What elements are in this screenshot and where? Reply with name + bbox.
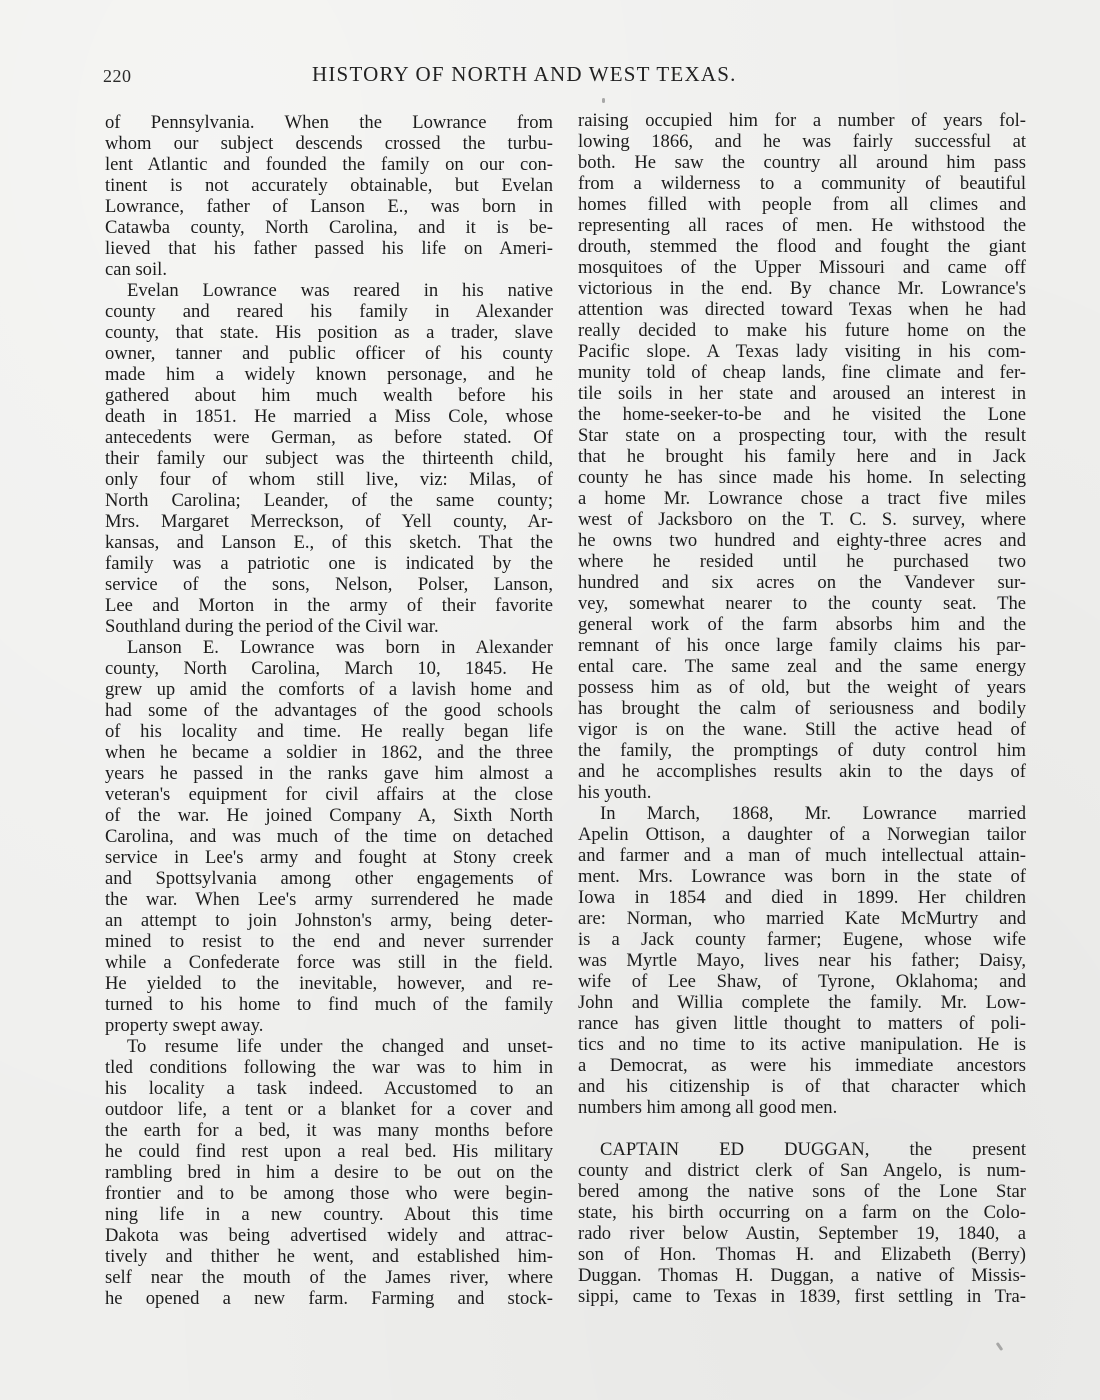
text-line: mined to resist to the end and never sur… [105,931,553,952]
text-line: a home Mr. Lowrance chose a tract five m… [578,488,1026,509]
text-line: gathered about him much wealth before hi… [105,385,553,406]
text-line: lent Atlantic and founded the family on … [105,154,553,175]
text-line: remnant of his once large family claims … [578,635,1026,656]
text-line: west of Jacksboro on the T. C. S. survey… [578,509,1026,530]
text-line: are: Norman, who married Kate McMurtry a… [578,908,1026,929]
text-line: property swept away. [105,1015,553,1036]
page-number: 220 [103,66,132,87]
text-line: county he has since made his home. In se… [578,467,1026,488]
text-line: kansas, and Lanson E., of this sketch. T… [105,532,553,553]
right-column: raising occupied him for a number of yea… [578,110,1026,1307]
text-line: made him a widely known personage, and h… [105,364,553,385]
text-line: only four of whom still live, viz: Milas… [105,469,553,490]
ink-speck [602,98,605,103]
text-line: general work of the farm absorbs him and… [578,614,1026,635]
text-line: Dakota was being advertised widely and a… [105,1225,553,1246]
text-line: he owns two hundred and eighty-three acr… [578,530,1026,551]
text-line: years he passed in the ranks gave him al… [105,763,553,784]
text-line: a Democrat, as were his immediate ancest… [578,1055,1026,1076]
text-line: Duggan. Thomas H. Duggan, a native of Mi… [578,1265,1026,1286]
running-title: HISTORY OF NORTH AND WEST TEXAS. [312,62,737,87]
text-line: their family our subject was the thirtee… [105,448,553,469]
text-line: when he became a soldier in 1862, and th… [105,742,553,763]
paper-mark [996,1342,1004,1351]
text-line: outdoor life, a tent or a blanket for a … [105,1099,553,1120]
text-line: where he resided until he purchased two [578,551,1026,572]
text-line: from a wilderness to a community of beau… [578,173,1026,194]
text-line: county and district clerk of San Angelo,… [578,1160,1026,1181]
text-line: family was a patriotic one is indicated … [105,553,553,574]
text-line: Star state on a prospecting tour, with t… [578,425,1026,446]
text-line: wife of Lee Shaw, of Tyrone, Oklahoma; a… [578,971,1026,992]
text-line: he could find rest upon a real bed. His … [105,1141,553,1162]
text-line: his locality a task indeed. Accustomed t… [105,1078,553,1099]
paragraph-start: Lanson E. Lowrance was born in Alexander [105,637,553,658]
text-line: and his citizenship is of that character… [578,1076,1026,1097]
text-line: Lee and Morton in the army of their favo… [105,595,553,616]
text-line: victorious in the end. By chance Mr. Low… [578,278,1026,299]
text-line: owner, tanner and public officer of his … [105,343,553,364]
text-line: drouth, stemmed the flood and fought the… [578,236,1026,257]
text-line: lowing 1866, and he was fairly successfu… [578,131,1026,152]
text-line: attention was directed toward Texas when… [578,299,1026,320]
text-line: North Carolina; Leander, of the same cou… [105,490,553,511]
text-line: county, that state. His position as a tr… [105,322,553,343]
text-line: Pacific slope. A Texas lady visiting in … [578,341,1026,362]
text-line: sippi, came to Texas in 1839, first sett… [578,1286,1026,1307]
text-line: lieved that his father passed his life o… [105,238,553,259]
text-line: Iowa in 1854 and died in 1899. Her child… [578,887,1026,908]
text-line: and farmer and a man of much intellectua… [578,845,1026,866]
text-line: grew up amid the comforts of a lavish ho… [105,679,553,700]
text-line: hundred and six acres on the Vandever su… [578,572,1026,593]
paragraph-start: In March, 1868, Mr. Lowrance married [578,803,1026,824]
text-line: that he brought his family here and in J… [578,446,1026,467]
text-line: the war. When Lee's army surrendered he … [105,889,553,910]
text-line: homes filled with people from all climes… [578,194,1026,215]
text-line: veteran's equipment for civil affairs at… [105,784,553,805]
text-line: raising occupied him for a number of yea… [578,110,1026,131]
text-line: representing all races of men. He withst… [578,215,1026,236]
text-line: tively and thither he went, and establis… [105,1246,553,1267]
text-line: is a Jack county farmer; Eugene, whose w… [578,929,1026,950]
text-line: ning life in a new country. About this t… [105,1204,553,1225]
text-line: numbers him among all good men. [578,1097,1026,1118]
paragraph-start: Evelan Lowrance was reared in his native [105,280,553,301]
text-line: ment. Mrs. Lowrance was born in the stat… [578,866,1026,887]
text-line: tled conditions following the war was to… [105,1057,553,1078]
text-line: self near the mouth of the James river, … [105,1267,553,1288]
text-line: He yielded to the inevitable, however, a… [105,973,553,994]
text-line: Southland during the period of the Civil… [105,616,553,637]
text-line: mosquitoes of the Upper Missouri and cam… [578,257,1026,278]
text-line: son of Hon. Thomas H. and Elizabeth (Ber… [578,1244,1026,1265]
text-line: rance has given little thought to matter… [578,1013,1026,1034]
text-line: the earth for a bed, it was many months … [105,1120,553,1141]
text-line: bered among the native sons of the Lone … [578,1181,1026,1202]
text-line: had some of the advantages of the good s… [105,700,553,721]
text-line: Carolina, and was much of the time on de… [105,826,553,847]
text-line: and Spottsylvania among other engagement… [105,868,553,889]
text-line: turned to his home to find much of the f… [105,994,553,1015]
text-line: Apelin Ottison, a daughter of a Norwegia… [578,824,1026,845]
text-line: both. He saw the country all around him … [578,152,1026,173]
text-line: rambling bred in him a desire to be out … [105,1162,553,1183]
text-line: service in Lee's army and fought at Ston… [105,847,553,868]
text-line: possess him as of old, but the weight of… [578,677,1026,698]
text-line: tile soils in her state and aroused an i… [578,383,1026,404]
book-page: 220 HISTORY OF NORTH AND WEST TEXAS. of … [0,0,1100,1400]
paragraph-start: To resume life under the changed and uns… [105,1036,553,1057]
text-line: vey, somewhat nearer to the county seat.… [578,593,1026,614]
text-line: the family, the promptings of duty contr… [578,740,1026,761]
text-line: Catawba county, North Carolina, and it i… [105,217,553,238]
text-line: munity told of cheap lands, fine climate… [578,362,1026,383]
text-line: vigor is on the wane. Still the active h… [578,719,1026,740]
text-line: can soil. [105,259,553,280]
text-line: really decided to make his future home o… [578,320,1026,341]
text-line: service of the sons, Nelson, Polser, Lan… [105,574,553,595]
text-line: tinent is not accurately obtainable, but… [105,175,553,196]
text-line: of his locality and time. He really bega… [105,721,553,742]
text-line: Mrs. Margaret Merreckson, of Yell county… [105,511,553,532]
text-line: an attempt to join Johnston's army, bein… [105,910,553,931]
text-line: rado river below Austin, September 19, 1… [578,1223,1026,1244]
text-line: antecedents were German, as before state… [105,427,553,448]
text-line: while a Confederate force was still in t… [105,952,553,973]
text-line: whom our subject descends crossed the tu… [105,133,553,154]
text-line: his youth. [578,782,1026,803]
text-line: death in 1851. He married a Miss Cole, w… [105,406,553,427]
text-line: has brought the calm of seriousness and … [578,698,1026,719]
text-line: Lowrance, father of Lanson E., was born … [105,196,553,217]
text-line: he opened a new farm. Farming and stock- [105,1288,553,1309]
text-line: was Myrtle Mayo, lives near his father; … [578,950,1026,971]
left-column: of Pennsylvania. When the Lowrance from … [105,112,553,1309]
text-line: the home-seeker-to-be and he visited the… [578,404,1026,425]
text-line: of Pennsylvania. When the Lowrance from [105,112,553,133]
text-line: frontier and to be among those who were … [105,1183,553,1204]
text-line: county and reared his family in Alexande… [105,301,553,322]
text-line: state, his birth occurring on a farm on … [578,1202,1026,1223]
text-line: tics and no time to its active manipulat… [578,1034,1026,1055]
text-line: John and Willia complete the family. Mr.… [578,992,1026,1013]
text-line: ental care. The same zeal and the same e… [578,656,1026,677]
text-line: of the war. He joined Company A, Sixth N… [105,805,553,826]
text-line: county, North Carolina, March 10, 1845. … [105,658,553,679]
section-heading-start: CAPTAIN ED DUGGAN, the present [578,1139,1026,1160]
text-line: and he accomplishes results akin to the … [578,761,1026,782]
